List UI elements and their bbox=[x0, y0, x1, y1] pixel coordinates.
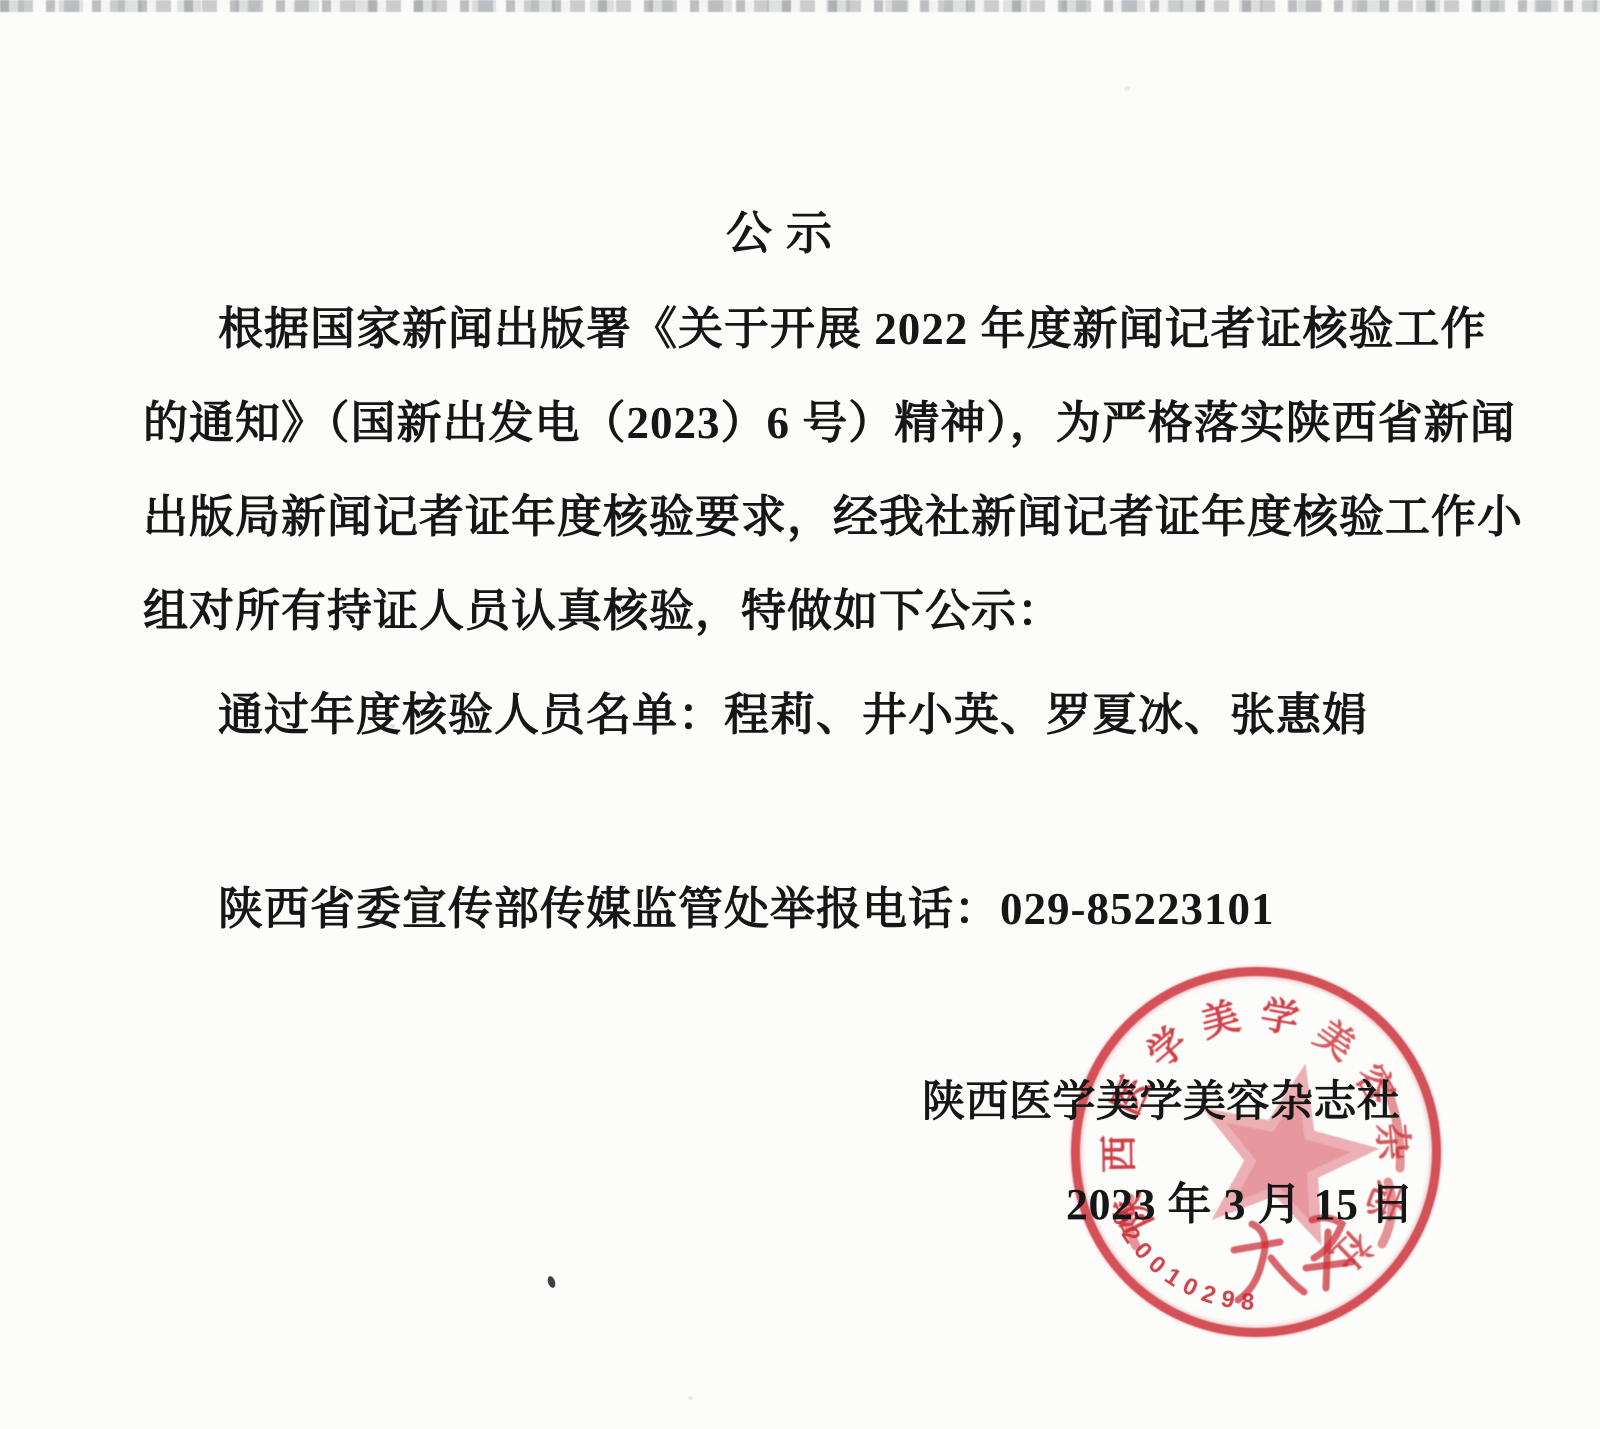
scan-artifact-top bbox=[0, 0, 1600, 12]
body-line-2: 的通知》（国新出发电（2023）6 号）精神），为严格落实陕西省新闻 bbox=[143, 398, 1516, 450]
seal-smudge-marks bbox=[1066, 962, 1446, 1342]
signature-org-name: 陕西医学美学美容杂志社 bbox=[922, 1078, 1401, 1127]
body-line-3: 出版局新闻记者证年度核验要求，经我社新闻记者证年度核验工作小 bbox=[143, 492, 1523, 544]
report-phone-line: 陕西省委宣传部传媒监管处举报电话：029-85223101 bbox=[218, 884, 1275, 936]
body-line-1: 根据国家新闻出版署《关于开展 2022 年度新闻记者证核验工作 bbox=[218, 304, 1487, 356]
signature-date: 2023 年 3 月 15 日 bbox=[1066, 1180, 1415, 1231]
ink-speck bbox=[546, 1275, 556, 1289]
page-title: 公示 bbox=[0, 208, 1572, 261]
verified-names-line: 通过年度核验人员名单：程莉、井小英、罗夏冰、张惠娟 bbox=[218, 690, 1368, 742]
document-page: 陕西医学美学美容杂志社 020010298 公示 根据国家新闻出版署《关于开展 … bbox=[0, 0, 1600, 1429]
paper-speck bbox=[1124, 86, 1130, 91]
paper-speck bbox=[688, 1396, 693, 1400]
official-seal: 陕西医学美学美容杂志社 020010298 bbox=[1066, 962, 1446, 1342]
body-line-4: 组对所有持证人员认真核验，特做如下公示： bbox=[143, 586, 1063, 638]
